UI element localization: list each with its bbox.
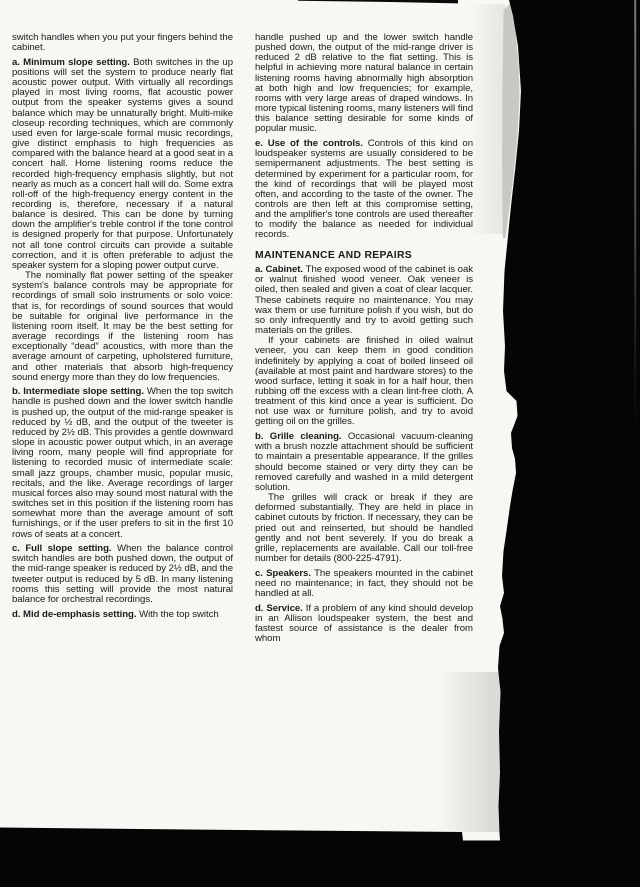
- paragraph-lead: e. Use of the controls.: [255, 138, 368, 149]
- body-paragraph: The grilles will crack or break if they …: [255, 493, 473, 564]
- text-column-left: switch handles when you put your fingers…: [12, 33, 233, 620]
- paragraph-lead: b. Grille cleaning.: [255, 431, 348, 442]
- lettered-paragraph: a. Minimum slope setting. Both switches …: [12, 58, 233, 271]
- lettered-paragraph: c. Speakers. The speakers mounted in the…: [255, 569, 473, 599]
- page-corner-shadow: [438, 672, 500, 832]
- paragraph-lead: b. Intermediate slope setting.: [12, 386, 147, 397]
- page-edge-shadow-top: [470, 4, 505, 234]
- section-heading: MAINTENANCE AND REPAIRS: [255, 250, 473, 261]
- body-paragraph: switch handles when you put your fingers…: [12, 33, 233, 53]
- text-column-right: handle pushed up and the lower switch ha…: [255, 33, 473, 644]
- paragraph-lead: d. Mid de-emphasis setting.: [12, 609, 139, 620]
- lettered-paragraph: d. Mid de-emphasis setting. With the top…: [12, 610, 233, 620]
- lettered-paragraph: b. Grille cleaning. Occasional vacuum-cl…: [255, 432, 473, 493]
- lettered-paragraph: b. Intermediate slope setting. When the …: [12, 387, 233, 539]
- body-paragraph: handle pushed up and the lower switch ha…: [255, 33, 473, 135]
- paragraph-lead: a. Cabinet.: [255, 264, 306, 275]
- body-paragraph: If your cabinets are finished in oiled w…: [255, 336, 473, 427]
- paragraph-lead: c. Full slope setting.: [12, 543, 117, 554]
- lettered-paragraph: a. Cabinet. The exposed wood of the cabi…: [255, 265, 473, 336]
- paper-sheet: switch handles when you put your fingers…: [0, 0, 640, 887]
- lettered-paragraph: d. Service. If a problem of any kind sho…: [255, 604, 473, 645]
- paragraph-lead: d. Service.: [255, 603, 306, 614]
- lettered-paragraph: e. Use of the controls. Controls of this…: [255, 139, 473, 241]
- lettered-paragraph: c. Full slope setting. When the balance …: [12, 544, 233, 605]
- paragraph-lead: c. Speakers.: [255, 568, 314, 579]
- scanned-manual-page: switch handles when you put your fingers…: [0, 0, 640, 887]
- paragraph-lead: a. Minimum slope setting.: [12, 57, 133, 68]
- body-paragraph: The nominally flat power setting of the …: [12, 271, 233, 383]
